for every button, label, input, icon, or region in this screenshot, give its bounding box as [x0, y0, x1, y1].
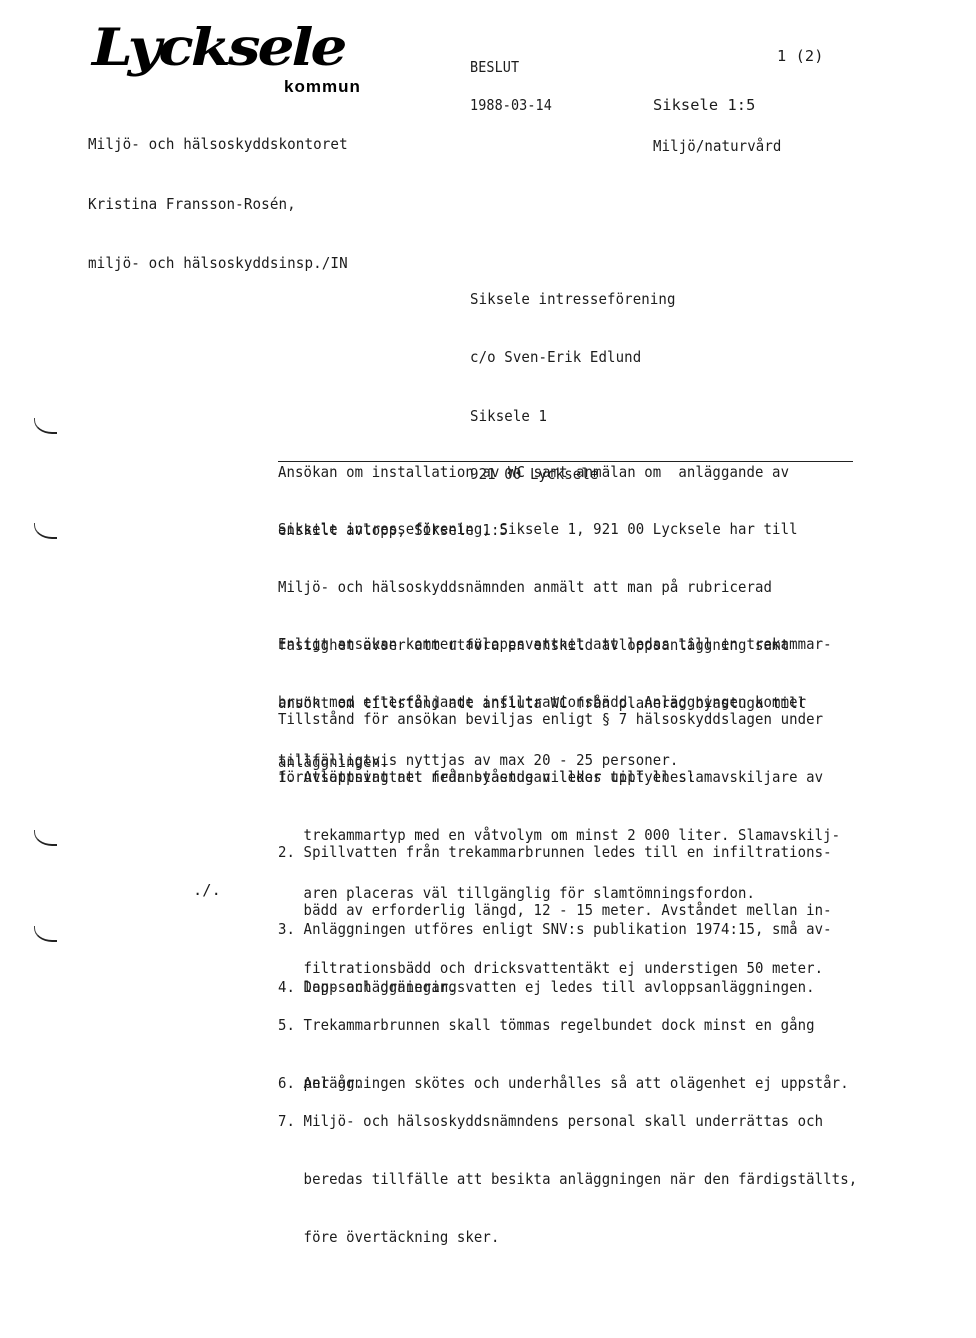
sender-block: Miljö- och hälsoskyddskontoret Kristina … — [88, 95, 348, 294]
condition-line: 7. Miljö- och hälsoskyddsnämndens person… — [278, 1112, 857, 1131]
sender-line: miljö- och hälsoskyddsinsp./IN — [88, 253, 348, 274]
subject-underline — [278, 461, 853, 462]
subject-line: Ansökan om installation av WC samt anmäl… — [278, 463, 789, 483]
paragraph-line: Miljö- och hälsoskyddsnämnden anmält att… — [278, 578, 806, 597]
document-type: BESLUT — [470, 58, 519, 77]
punch-hole-mark — [34, 926, 57, 942]
condition-line: före övertäckning sker. — [278, 1228, 857, 1247]
enclosure-margin-note: ./. — [193, 881, 221, 900]
lycksele-logo: Lycksele — [92, 20, 344, 75]
recipient-line: Siksele intresseförening — [470, 290, 676, 310]
punch-hole-mark — [34, 523, 57, 539]
condition-item: 7. Miljö- och hälsoskyddsnämndens person… — [278, 1073, 857, 1267]
paragraph-line: Tillstånd för ansökan beviljas enligt § … — [278, 710, 823, 729]
condition-line: 3. Anläggningen utföres enligt SNV:s pub… — [278, 920, 832, 939]
sender-line: Miljö- och hälsoskyddskontoret — [88, 134, 348, 155]
punch-hole-mark — [34, 830, 57, 846]
department: Miljö/naturvård — [653, 137, 781, 156]
sender-line: Kristina Fransson-Rosén, — [88, 194, 348, 215]
paragraph-line: Siksele intresseförening, Siksele 1, 921… — [278, 520, 806, 539]
recipient-line: c/o Sven-Erik Edlund — [470, 348, 676, 368]
logo-subtext: kommun — [284, 78, 361, 96]
paragraph-line: Enligt ansökan kommer avloppsvattnet att… — [278, 635, 832, 654]
punch-hole-mark — [34, 418, 57, 434]
condition-line: beredas tillfälle att besikta anläggning… — [278, 1170, 857, 1189]
document-date: 1988-03-14 — [470, 96, 552, 115]
condition-line: 1. Avloppsvattnet från byastugan ledes t… — [278, 768, 840, 787]
property-reference: Siksele 1:5 — [653, 96, 755, 115]
condition-line: 5. Trekammarbrunnen skall tömmas regelbu… — [278, 1016, 815, 1035]
page-number: 1 (2) — [777, 47, 824, 66]
condition-line: 2. Spillvatten från trekammarbrunnen led… — [278, 843, 832, 862]
